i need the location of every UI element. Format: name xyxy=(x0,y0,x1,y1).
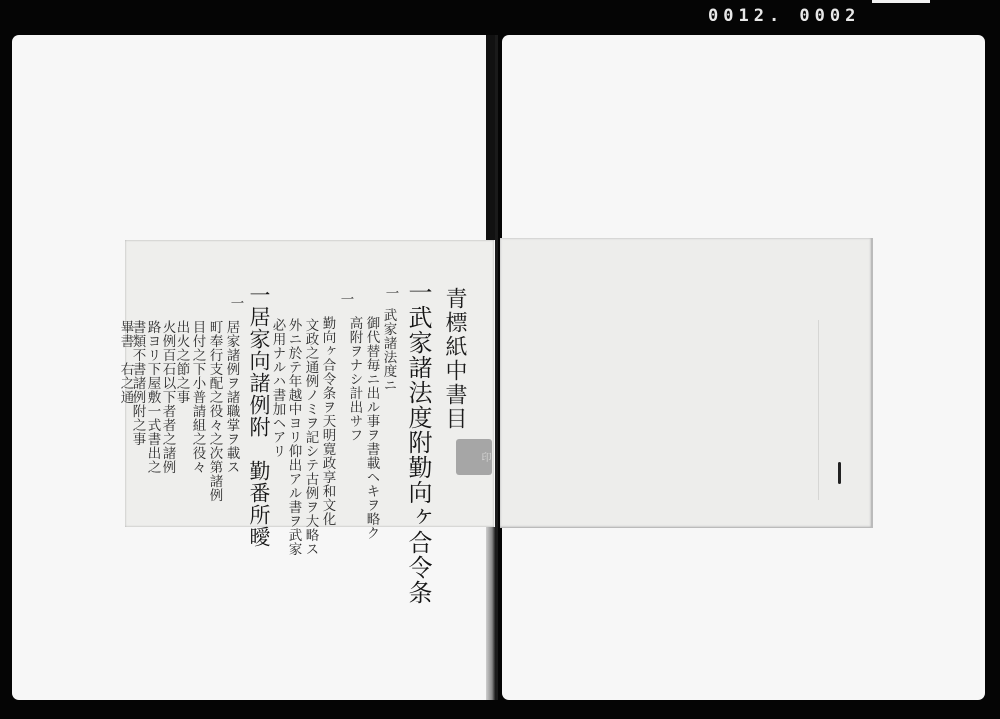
text-column-6: 外ニ於テ年越中ヨリ仰出アル書ヲ武家 xyxy=(286,318,300,556)
text-column-11: 出火之節之事 xyxy=(174,320,188,404)
text-column-13: 路ヨリ下屋敷一式書出之 xyxy=(145,320,159,474)
seal-stamp: 印 xyxy=(456,439,492,475)
text-column-1: 武家諸法度ニ xyxy=(381,308,395,392)
frame-counter: 0012. 0002 xyxy=(708,6,860,26)
text-column-12: 火例百石以下者者之諸例 xyxy=(160,320,174,474)
page-fold-line xyxy=(818,320,819,500)
gutter-line xyxy=(495,35,498,700)
document-title: 青標紙中書目 xyxy=(443,287,465,431)
text-column-3: 高附ヲナシ計出サフ xyxy=(347,316,361,442)
text-column-15: 畢書 右之通 xyxy=(118,320,132,404)
item-marker-1: 一 xyxy=(383,286,397,300)
item-marker-2: 一 xyxy=(338,292,352,306)
text-column-4: 勤向ヶ合令条ヲ天明寛政享和文化 xyxy=(320,316,334,526)
text-column-7: 必用ナルハ書加ヘアリ xyxy=(270,318,284,458)
section-heading-2: 一居家向諸例附 勤番所曖 xyxy=(248,284,269,548)
section-heading-1: 一武家諸法度附勤向ヶ合令条 xyxy=(406,280,430,605)
text-column-8: 居家諸例ヲ諸職掌ヲ載ス xyxy=(224,320,238,474)
text-column-5: 文政之通例ノミヲ記シテ古例ヲ大略ス xyxy=(303,318,317,556)
item-marker-3: 一 xyxy=(228,296,242,310)
text-column-9: 町奉行支配之役々之次第諸例 xyxy=(207,320,221,502)
film-edge-tab xyxy=(872,0,930,3)
text-column-10: 目付之下小普請組之役々 xyxy=(190,320,204,474)
ink-mark xyxy=(838,462,841,484)
text-column-2: 御代替毎ニ出ル事ヲ書載ヘキヲ略ク xyxy=(364,316,378,540)
